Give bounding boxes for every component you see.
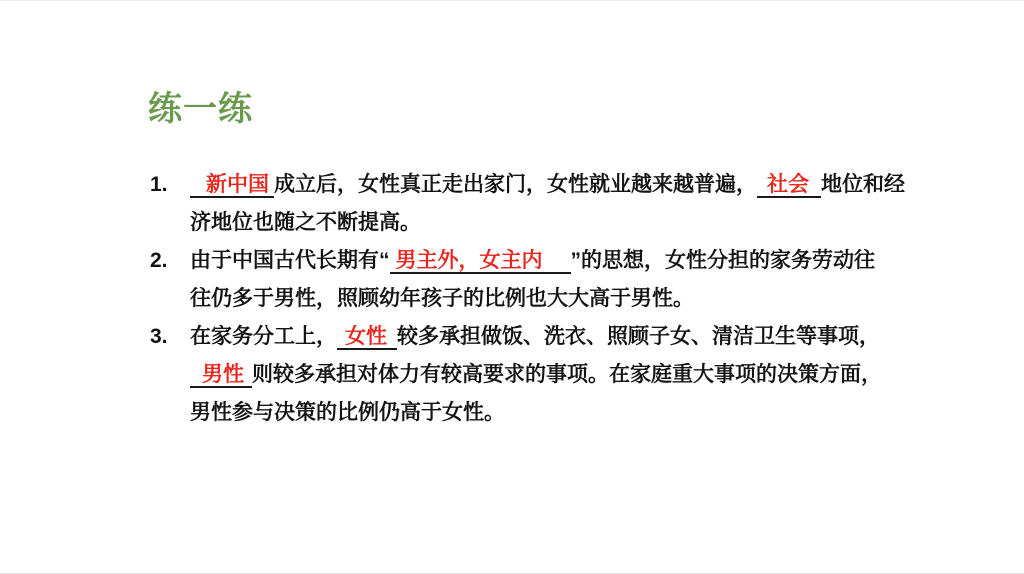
blank-answer: 女性 bbox=[337, 325, 397, 350]
blank-answer: 社会 bbox=[757, 173, 821, 198]
text-segment: 较多承担做饭、洗衣、照顾子女、清洁卫生等事项， bbox=[397, 325, 880, 348]
list-item: 1.新中国成立后，女性真正走出家门，女性就业越来越普遍，社会地位和经济地位也随之… bbox=[150, 166, 950, 242]
list-item: 3.在家务分工上，女性较多承担做饭、洗衣、照顾子女、清洁卫生等事项，男性则较多承… bbox=[150, 318, 950, 432]
item-number: 2. bbox=[150, 242, 190, 280]
text-segment: 济地位也随之不断提高。 bbox=[190, 211, 421, 234]
top-border-line bbox=[0, 0, 1024, 1]
blank-answer: 新中国 bbox=[190, 173, 274, 198]
item-number: 3. bbox=[150, 318, 190, 356]
item-number: 1. bbox=[150, 166, 190, 204]
text-segment: 男性参与决策的比例仍高于女性。 bbox=[190, 401, 505, 424]
text-segment: 则较多承担对体力有较高要求的事项。在家庭重大事项的决策方面， bbox=[252, 363, 882, 386]
slide-title: 练一练 bbox=[148, 89, 253, 129]
text-segment: 在家务分工上， bbox=[190, 325, 337, 348]
blank-answer: 男性 bbox=[190, 363, 252, 388]
text-segment: ”的思想，女性分担的家务劳动往 bbox=[571, 249, 876, 272]
text-segment: 成立后，女性真正走出家门，女性就业越来越普遍， bbox=[274, 173, 757, 196]
blank-answer: 男主外，女主内 bbox=[390, 249, 571, 274]
text-segment: 地位和经 bbox=[821, 173, 905, 196]
practice-list: 1.新中国成立后，女性真正走出家门，女性就业越来越普遍，社会地位和经济地位也随之… bbox=[150, 166, 950, 432]
text-segment: 往仍多于男性，照顾幼年孩子的比例也大大高于男性。 bbox=[190, 287, 694, 310]
item-text: 由于中国古代长期有“男主外，女主内”的思想，女性分担的家务劳动往往仍多于男性，照… bbox=[190, 242, 950, 318]
slide-background: 练一练 1.新中国成立后，女性真正走出家门，女性就业越来越普遍，社会地位和经济地… bbox=[0, 0, 1024, 574]
text-segment: 由于中国古代长期有“ bbox=[190, 249, 390, 272]
item-text: 在家务分工上，女性较多承担做饭、洗衣、照顾子女、清洁卫生等事项，男性则较多承担对… bbox=[190, 318, 950, 432]
item-text: 新中国成立后，女性真正走出家门，女性就业越来越普遍，社会地位和经济地位也随之不断… bbox=[190, 166, 950, 242]
list-item: 2.由于中国古代长期有“男主外，女主内”的思想，女性分担的家务劳动往往仍多于男性… bbox=[150, 242, 950, 318]
